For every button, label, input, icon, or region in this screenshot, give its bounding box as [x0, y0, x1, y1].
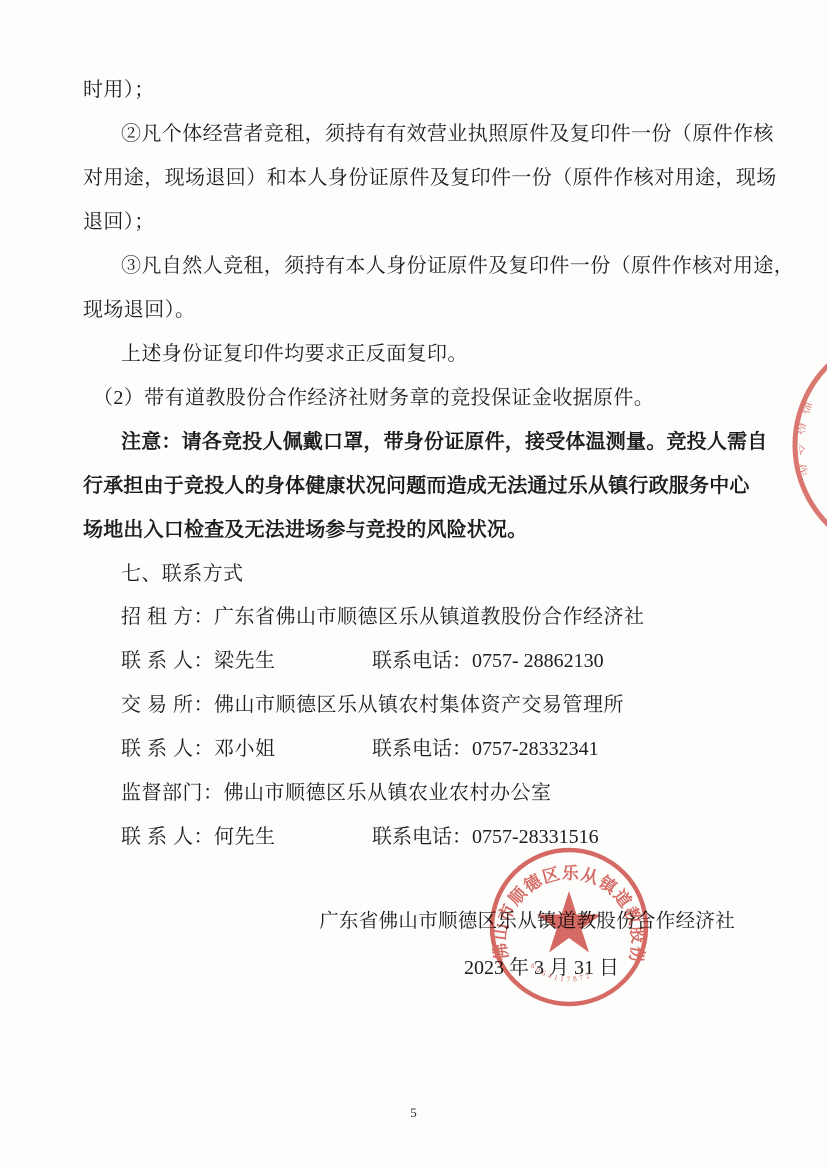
body-text-line: 对用途，现场退回）和本人身份证原件及复印件一份（原件作核对用途，现场: [83, 156, 783, 200]
contact-row: 招 租 方：广东省佛山市顺德区乐从镇道教股份合作经济社: [121, 595, 781, 639]
contact-label-value: 监督部门：佛山市顺德区乐从镇农业农村办公室: [121, 782, 552, 804]
contact-phone: 联系电话：0757-28332341: [372, 727, 599, 771]
body-text-line: （2）带有道教股份合作经济社财务章的竞投保证金收据原件。: [83, 376, 783, 420]
document-page: 时用）；②凡个体经营者竞租，须持有有效营业执照原件及复印件一份（原件作核对用途，…: [0, 0, 827, 1169]
edge-seal-stamp: 股份合作: [782, 358, 827, 536]
document-body: 时用）；②凡个体经营者竞租，须持有有效营业执照原件及复印件一份（原件作核对用途，…: [83, 68, 783, 596]
body-text-line: 场地出入口检查及无法进场参与竞投的风险状况。: [83, 508, 783, 552]
contact-section: 招 租 方：广东省佛山市顺德区乐从镇道教股份合作经济社联 系 人：梁先生联系电话…: [121, 595, 781, 859]
body-text-line: ③凡自然人竞租，须持有本人身份证原件及复印件一份（原件作核对用途，: [83, 244, 783, 288]
body-text-line: 现场退回）。: [83, 288, 783, 332]
contact-row: 监督部门：佛山市顺德区乐从镇农业农村办公室: [121, 771, 781, 815]
body-text-line: 上述身份证复印件均要求正反面复印。: [83, 332, 783, 376]
contact-row: 联 系 人：梁先生联系电话：0757- 28862130: [121, 639, 781, 683]
edge-seal-ring: [795, 358, 827, 536]
page-number: 5: [0, 1105, 827, 1121]
edge-seal-text: 股份合作: [790, 399, 814, 487]
contact-phone: 联系电话：0757- 28862130: [372, 639, 604, 683]
contact-label-value: 联 系 人：梁先生: [121, 650, 276, 672]
body-text-line: ②凡个体经营者竞租，须持有有效营业执照原件及复印件一份（原件作核: [83, 112, 783, 156]
contact-row: 联 系 人：何先生联系电话：0757-28331516: [121, 815, 781, 859]
contact-phone: 联系电话：0757-28331516: [372, 815, 599, 859]
body-text-line: 退回）；: [83, 200, 783, 244]
contact-label-value: 联 系 人：邓小姐: [121, 738, 276, 760]
body-text-line: 行承担由于竞投人的身体健康状况问题而造成无法通过乐从镇行政服务中心: [83, 464, 783, 508]
contact-row: 联 系 人：邓小姐联系电话：0757-28332341: [121, 727, 781, 771]
body-text-line: 注意：请各竞投人佩戴口罩，带身份证原件，接受体温测量。竞投人需自: [83, 420, 783, 464]
contact-label-value: 交 易 所：佛山市顺德区乐从镇农村集体资产交易管理所: [121, 694, 624, 716]
signature-org: 广东省佛山市顺德区乐从镇道教股份合作经济社: [319, 900, 735, 944]
body-text-line: 时用）；: [83, 68, 783, 112]
contact-label-value: 联 系 人：何先生: [121, 826, 276, 848]
signature-date: 2023 年 3 月 31 日: [464, 946, 619, 990]
contact-row: 交 易 所：佛山市顺德区乐从镇农村集体资产交易管理所: [121, 683, 781, 727]
contact-label-value: 招 租 方：广东省佛山市顺德区乐从镇道教股份合作经济社: [121, 606, 645, 628]
body-text-line: 七、联系方式: [83, 552, 783, 596]
